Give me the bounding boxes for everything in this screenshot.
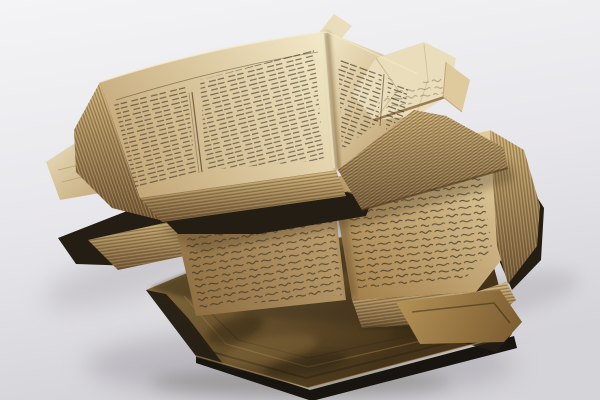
photo-old-books (0, 0, 600, 400)
photo-canvas (0, 0, 600, 400)
